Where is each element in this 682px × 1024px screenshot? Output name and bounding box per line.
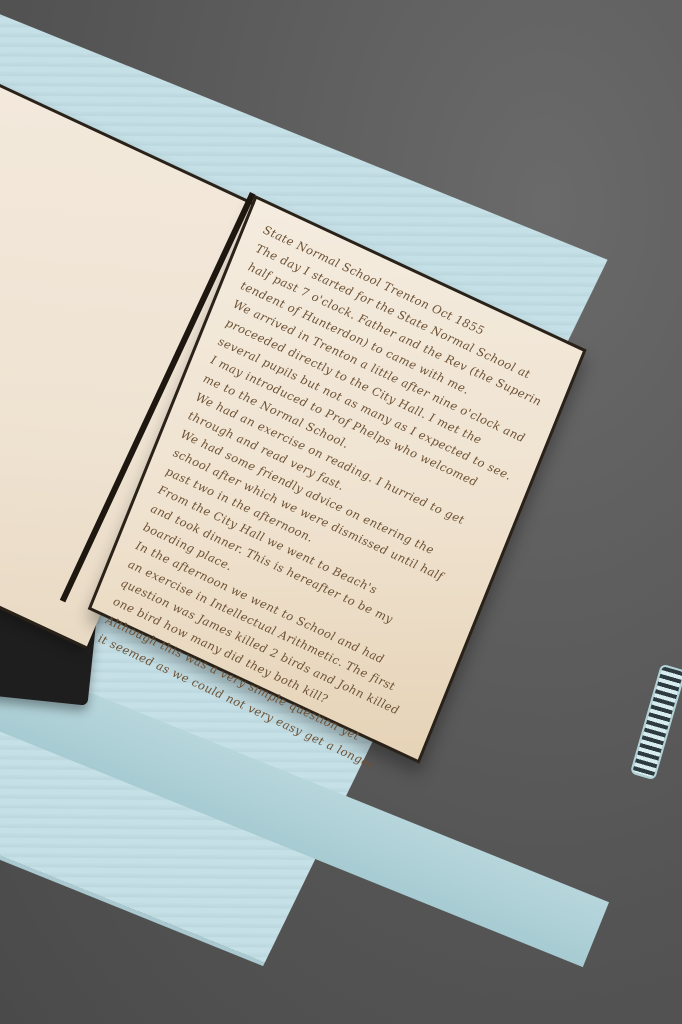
photo-scene: State Normal School Trenton Oct 1855 The… (0, 0, 682, 1024)
open-journal: State Normal School Trenton Oct 1855 The… (0, 0, 682, 1024)
